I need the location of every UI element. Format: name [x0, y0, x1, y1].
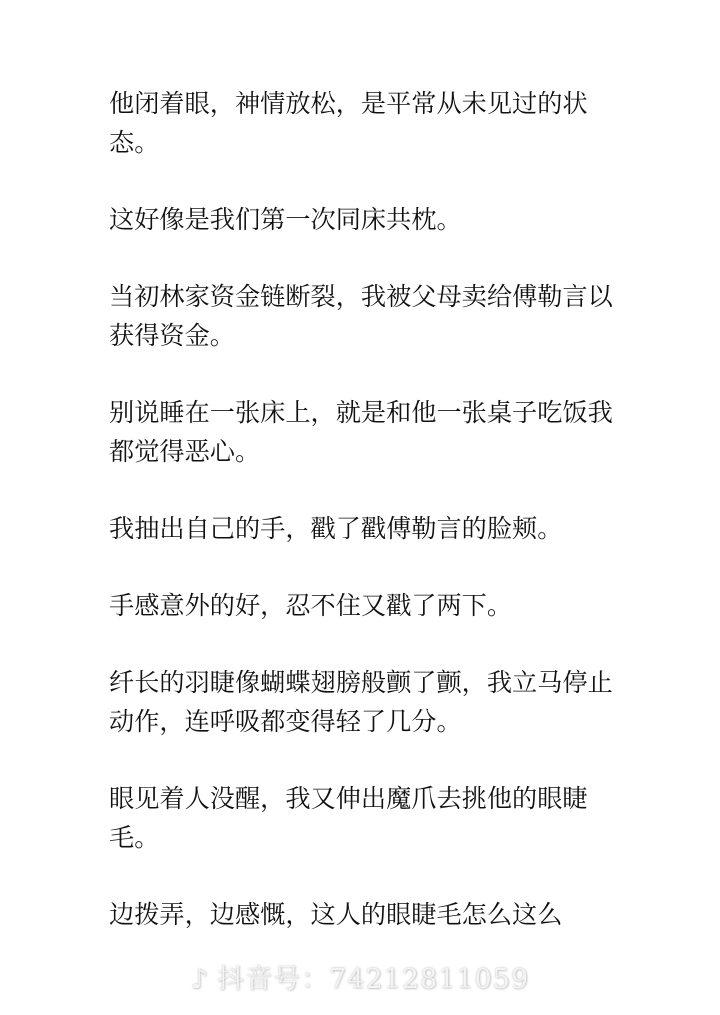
paragraph-6: 手感意外的好，忍不住又戳了两下。 [109, 586, 614, 625]
paragraph-8: 眼见着人没醒，我又伸出魔爪去挑他的眼睫毛。 [109, 779, 614, 857]
paragraph-5: 我抽出自己的手，戳了戳傅勒言的脸颊。 [109, 509, 614, 548]
douyin-watermark: ♪抖音号：74212811059 [0, 957, 720, 996]
paragraph-4: 别说睡在一张床上，就是和他一张桌子吃饭我都觉得恶心。 [109, 393, 614, 471]
douyin-logo-icon: ♪ [191, 964, 209, 995]
paragraph-3: 当初林家资金链断裂，我被父母卖给傅勒言以获得资金。 [109, 277, 614, 355]
paragraph-9: 边拨弄，边感慨，这人的眼睫毛怎么这么 [109, 895, 614, 934]
paragraph-2: 这好像是我们第一次同床共枕。 [109, 200, 614, 239]
paragraph-1: 他闭着眼，神情放松，是平常从未见过的状态。 [109, 84, 614, 162]
paragraph-7: 纤长的羽睫像蝴蝶翅膀般颤了颤，我立马停止动作，连呼吸都变得轻了几分。 [109, 663, 614, 741]
watermark-text: 抖音号：74212811059 [217, 964, 529, 995]
story-text: 他闭着眼，神情放松，是平常从未见过的状态。 这好像是我们第一次同床共枕。 当初林… [109, 84, 614, 972]
